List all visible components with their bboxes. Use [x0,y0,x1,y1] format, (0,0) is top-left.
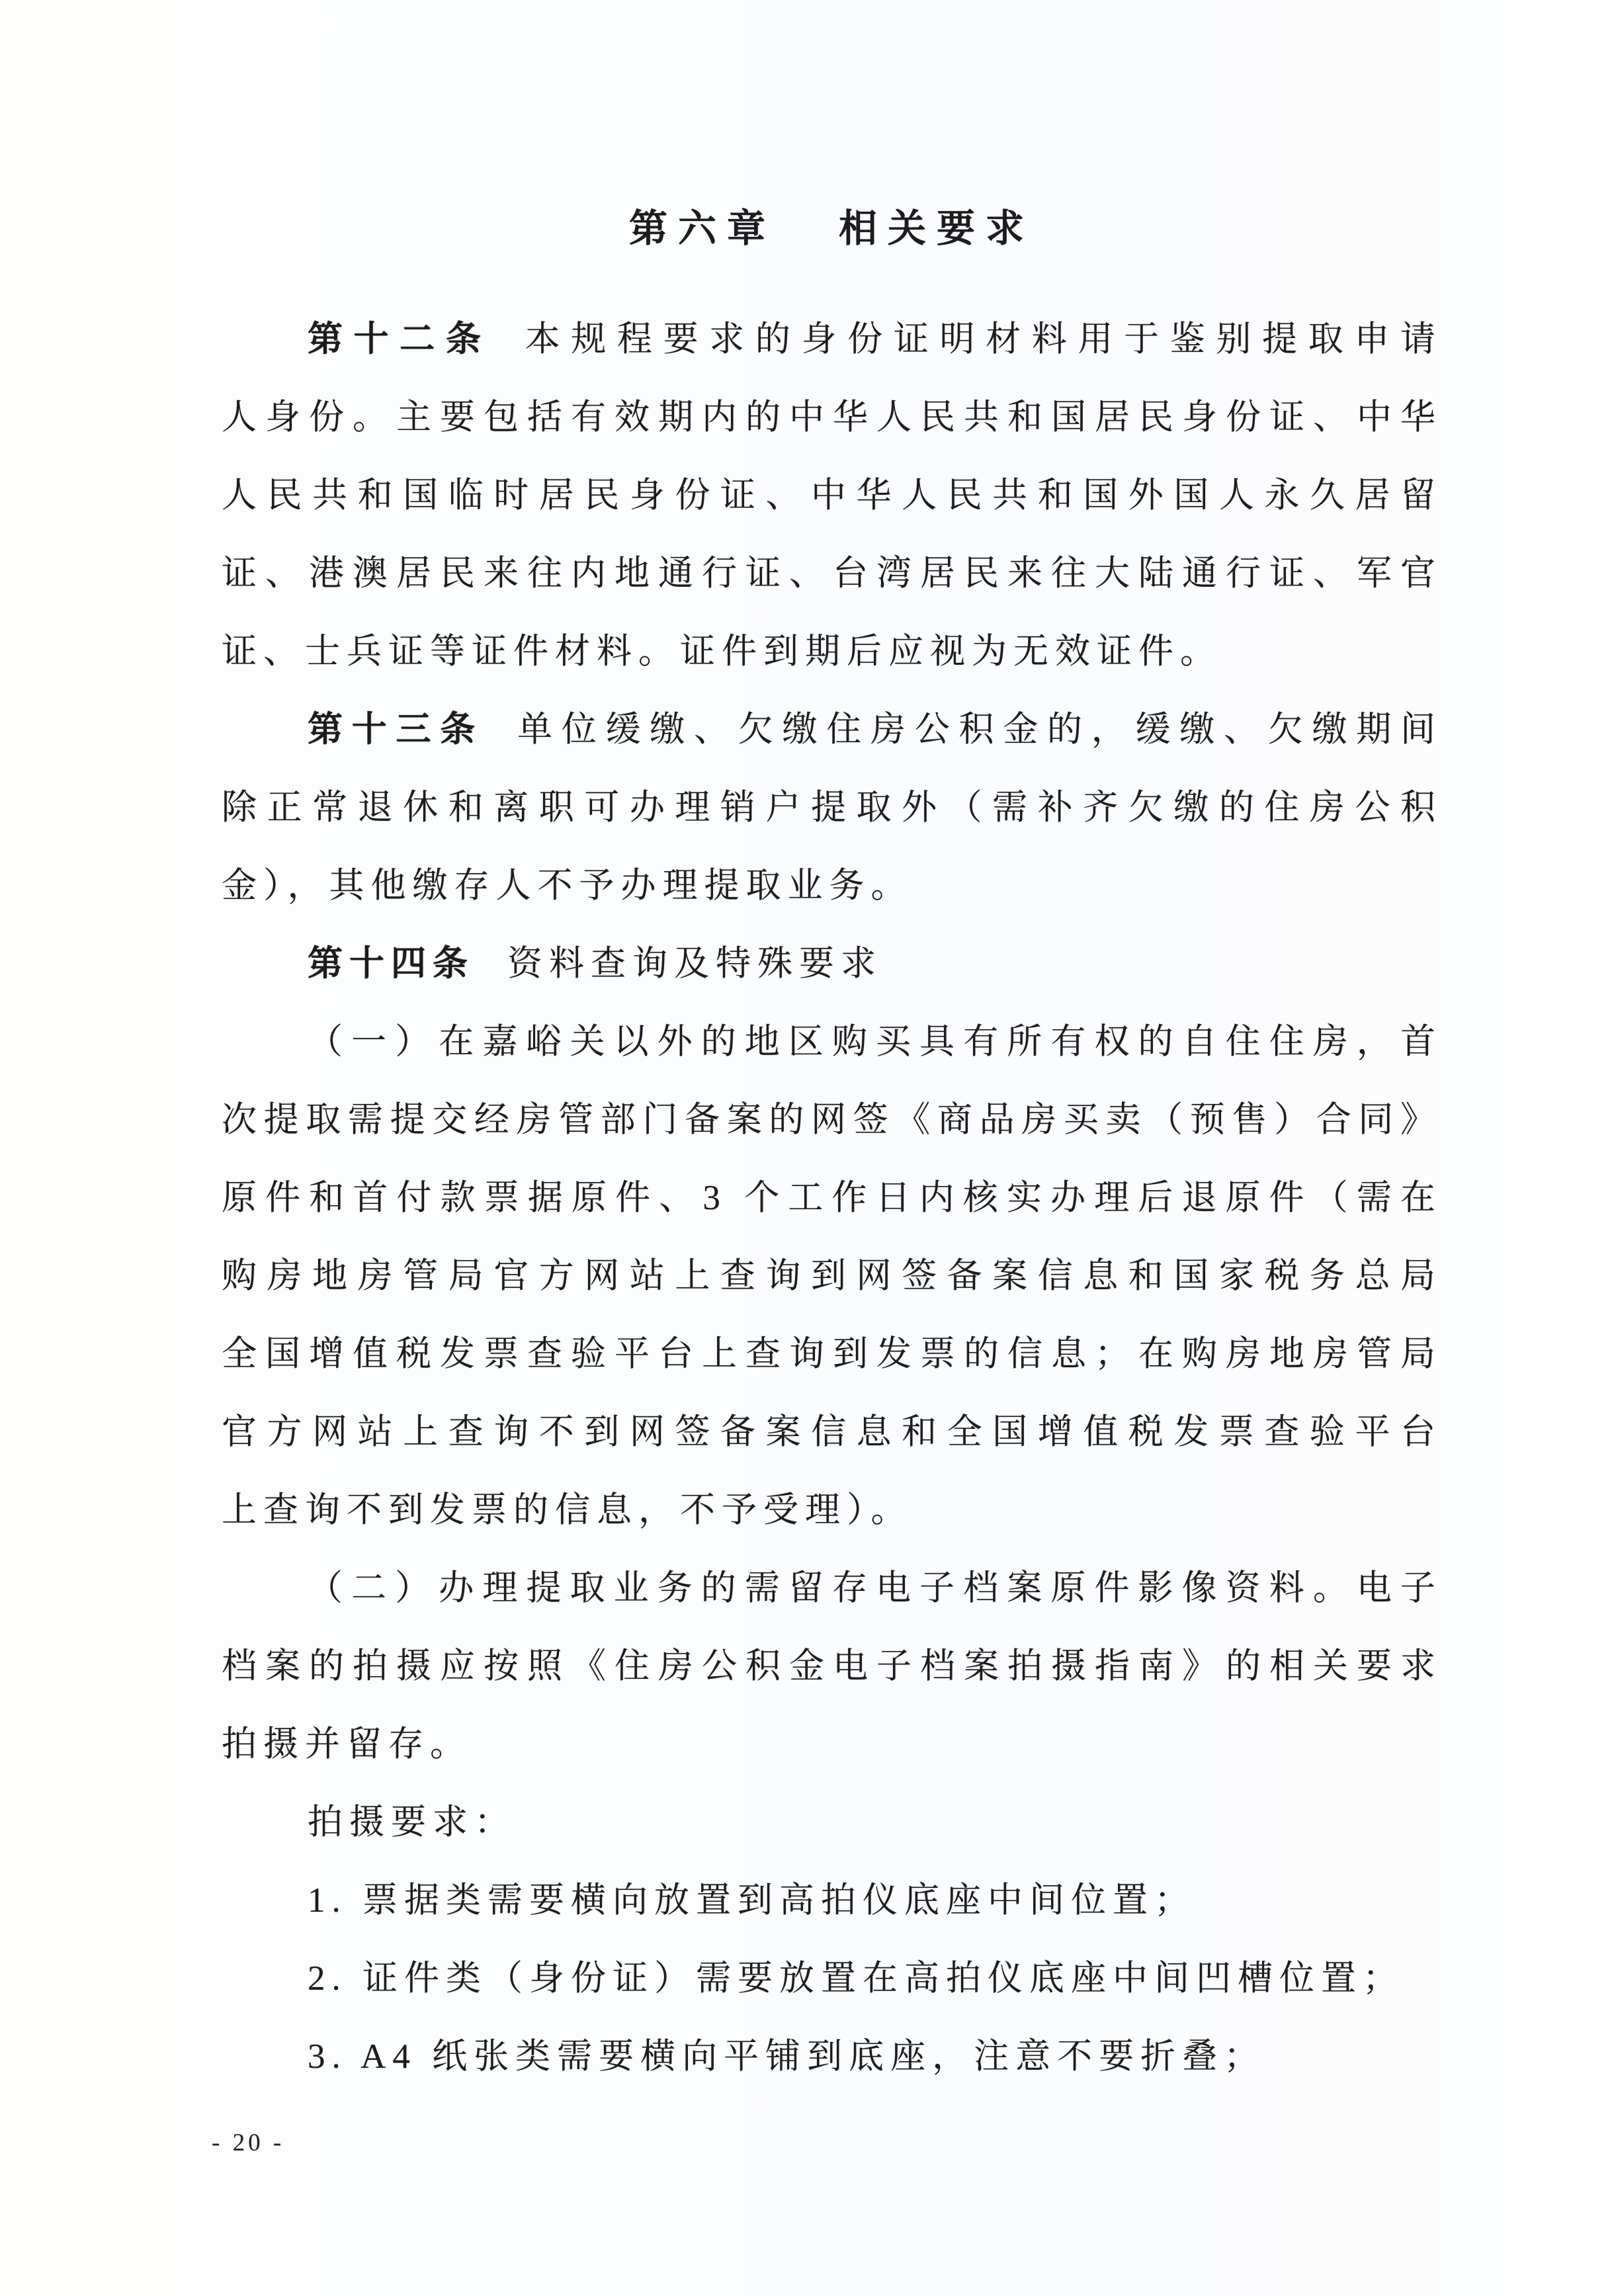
article-number: 第十四条 [308,945,474,983]
line-text: 3. A4 纸张类需要横向平铺到底座，注意不要折叠； [308,2037,1265,2076]
text-line: 人民共和国临时居民身份证、中华人民共和国外国人永久居留 [222,456,1442,534]
line-text: 资料查询及特殊要求 [507,945,882,983]
page-number: - 20 - [212,2129,284,2157]
chapter-title-text: 相关要求 [839,207,1035,250]
line-text: 证、士兵证等证件材料。证件到期后应视为无效证件。 [222,632,1222,671]
text-line: 第十三条单位缓缴、欠缴住房公积金的，缓缴、欠缴期间 [222,691,1442,769]
line-text: 本规程要求的身份证明材料用于鉴别提取申请 [525,320,1442,359]
document-body: 第十二条本规程要求的身份证明材料用于鉴别提取申请人身份。主要包括有效期内的中华人… [222,300,1442,2096]
line-text: 1. 票据类需要横向放置到高拍仪底座中间位置； [308,1881,1196,1920]
document-page: 第六章相关要求 第十二条本规程要求的身份证明材料用于鉴别提取申请人身份。主要包括… [0,0,1612,2296]
text-line: 全国增值税发票查验平台上查询到发票的信息；在购房地房管局 [222,1315,1442,1393]
line-text: 2. 证件类（身份证）需要放置在高拍仪底座中间凹槽位置； [308,1959,1404,1998]
line-text: （一）在嘉峪关以外的地区购买具有所有权的自住住房，首 [308,1023,1442,1061]
line-text: 上查询不到发票的信息，不予受理）。 [222,1491,913,1529]
text-line: 证、港澳居民来往内地通行证、台湾居民来往大陆通行证、军官 [222,534,1442,613]
article-number: 第十二条 [308,320,492,359]
text-line: 上查询不到发票的信息，不予受理）。 [222,1471,1442,1549]
text-line: 2. 证件类（身份证）需要放置在高拍仪底座中间凹槽位置； [222,1939,1442,2018]
line-text: 拍摄要求： [308,1803,516,1842]
text-line: 3. A4 纸张类需要横向平铺到底座，注意不要折叠； [222,2018,1442,2096]
article-number: 第十三条 [308,710,484,749]
chapter-heading: 第六章相关要求 [222,205,1442,253]
line-text: 档案的拍摄应按照《住房公积金电子档案拍摄指南》的相关要求 [222,1647,1442,1685]
line-text: 证、港澳居民来往内地通行证、台湾居民来往大陆通行证、军官 [222,554,1442,593]
line-text: 全国增值税发票查验平台上查询到发票的信息；在购房地房管局 [222,1335,1442,1373]
text-line: 次提取需提交经房管部门备案的网签《商品房买卖（预售）合同》 [222,1081,1442,1159]
line-text: 人民共和国临时居民身份证、中华人民共和国外国人永久居留 [222,476,1442,515]
text-line: 人身份。主要包括有效期内的中华人民共和国居民身份证、中华 [222,378,1442,456]
text-line: 证、士兵证等证件材料。证件到期后应视为无效证件。 [222,613,1442,691]
text-line: 原件和首付款票据原件、3 个工作日内核实办理后退原件（需在 [222,1159,1442,1237]
line-text: 官方网站上查询不到网签备案信息和全国增值税发票查验平台 [222,1413,1442,1451]
line-text: 金），其他缴存人不予办理提取业务。 [222,867,913,905]
text-line: 购房地房管局官方网站上查询到网签备案信息和国家税务总局 [222,1237,1442,1315]
text-line: 拍摄并留存。 [222,1705,1442,1783]
line-text: （二）办理提取业务的需留存电子档案原件影像资料。电子 [308,1569,1442,1607]
text-line: 第十四条资料查询及特殊要求 [222,925,1442,1003]
text-line: 金），其他缴存人不予办理提取业务。 [222,847,1442,925]
text-line: 官方网站上查询不到网签备案信息和全国增值税发票查验平台 [222,1393,1442,1471]
line-text: 除正常退休和离职可办理销户提取外（需补齐欠缴的住房公积 [222,788,1442,827]
line-text: 次提取需提交经房管部门备案的网签《商品房买卖（预售）合同》 [222,1101,1442,1139]
text-line: 1. 票据类需要横向放置到高拍仪底座中间位置； [222,1861,1442,1939]
line-text: 单位缓缴、欠缴住房公积金的，缓缴、欠缴期间 [517,710,1442,749]
text-line: 第十二条本规程要求的身份证明材料用于鉴别提取申请 [222,300,1442,378]
line-text: 原件和首付款票据原件、3 个工作日内核实办理后退原件（需在 [222,1179,1442,1217]
chapter-number: 第六章 [629,207,776,250]
text-line: 除正常退休和离职可办理销户提取外（需补齐欠缴的住房公积 [222,769,1442,847]
line-text: 购房地房管局官方网站上查询到网签备案信息和国家税务总局 [222,1257,1442,1295]
text-line: （二）办理提取业务的需留存电子档案原件影像资料。电子 [222,1549,1442,1627]
text-line: 档案的拍摄应按照《住房公积金电子档案拍摄指南》的相关要求 [222,1627,1442,1705]
line-text: 人身份。主要包括有效期内的中华人民共和国居民身份证、中华 [222,398,1442,437]
text-line: （一）在嘉峪关以外的地区购买具有所有权的自住住房，首 [222,1003,1442,1081]
text-line: 拍摄要求： [222,1783,1442,1861]
line-text: 拍摄并留存。 [222,1725,472,1764]
